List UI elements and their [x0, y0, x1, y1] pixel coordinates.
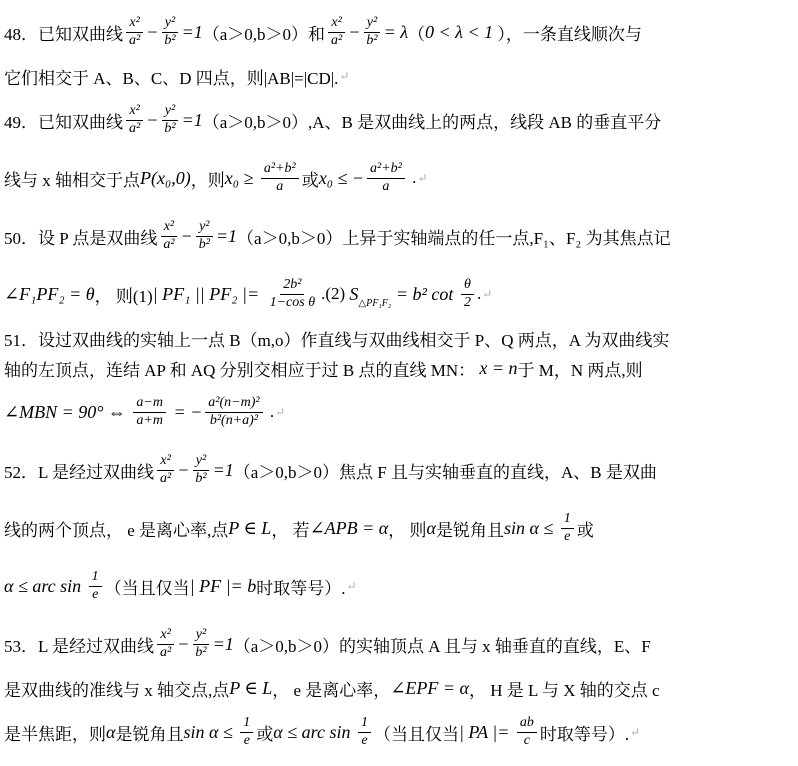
fraction-denominator: a	[379, 179, 392, 196]
text-run: 轴的左顶点，连结 AP 和 AQ 分别交相应于过 B 点的直线 MN：	[4, 356, 479, 381]
fraction-numerator: 1	[89, 569, 102, 587]
problem-48-line-1: 48．已知双曲线x²a²−y²b²=1（a＞0,b＞0）和x²a²−y²b²= …	[4, 3, 796, 61]
fraction: x²a²	[126, 15, 143, 50]
problem-49-line-2: 线与 x 轴相交于点P(x₀,0)，则x₀ ≥ a²+b²a或x₀ ≤ −a²+…	[4, 149, 796, 207]
fraction-denominator: a²	[328, 33, 345, 50]
math-run: x = n	[479, 358, 517, 379]
text-run: （当且仅当	[105, 574, 190, 599]
math-run: P ∈ L	[229, 678, 272, 699]
fraction: y²b²	[161, 103, 178, 138]
document-page: 48．已知双曲线x²a²−y²b²=1（a＞0,b＞0）和x²a²−y²b²= …	[0, 0, 798, 761]
text-run: 或	[256, 720, 273, 745]
paragraph-mark: ↵	[346, 579, 356, 594]
fraction: 1e	[240, 715, 253, 750]
fraction-denominator: b²	[192, 471, 209, 488]
math-run: α ≤ arc sin	[4, 576, 86, 597]
math-run: S	[349, 284, 358, 305]
paragraph-mark: ↵	[482, 287, 492, 302]
text-run: 线的两个顶点， e 是离心率,点	[4, 516, 228, 541]
problem-51-line-3: ∠MBN = 90° ⇔ a−ma+m = −a²(n−m)²b²(n+a)² …	[4, 383, 796, 441]
fraction: a²+b²a	[261, 161, 299, 196]
fraction-denominator: a²	[160, 237, 177, 254]
text-run: （a＞0,b＞0）上异于实轴端点的任一点,F₁、F₂ 为其焦点记	[237, 224, 671, 249]
math-run: α	[426, 518, 435, 539]
math-run: =1	[182, 22, 203, 43]
fraction: x²a²	[157, 627, 174, 662]
fraction-denominator: b²	[161, 33, 178, 50]
text-run: 时取等号）.	[256, 574, 345, 599]
math-run: −	[177, 634, 189, 655]
fraction-numerator: ab	[517, 715, 537, 733]
paragraph-mark: ↵	[630, 725, 640, 740]
problem-51-line-2: 轴的左顶点，连结 AP 和 AQ 分别交相应于过 B 点的直线 MN： x = …	[4, 353, 796, 383]
text-run: 49．已知双曲线	[4, 108, 123, 133]
text-run: （a＞0,b＞0）和	[203, 20, 325, 45]
fraction-denominator: e	[561, 529, 573, 546]
subscript-run: △PF₁F₂	[358, 298, 391, 309]
fraction-numerator: y²	[193, 627, 209, 645]
text-run: 时取等号）.	[540, 720, 629, 745]
math-run: ∠EPF = α	[390, 678, 469, 699]
fraction-denominator: e	[358, 733, 370, 750]
fraction-denominator: b²	[192, 645, 209, 662]
math-run: −	[177, 460, 189, 481]
text-run: 或	[302, 166, 319, 191]
fraction: a²+b²a	[367, 161, 405, 196]
fraction-numerator: a−m	[133, 395, 166, 413]
fraction-denominator: 1−cos θ	[267, 295, 319, 312]
fraction-denominator: a²	[126, 121, 143, 138]
text-run: ， e 是离心率，	[272, 676, 390, 701]
problem-50-line-2: ∠F₁PF₂ = θ， 则(1)| PF₁ || PF₂ |= 2b²1−cos…	[4, 265, 796, 323]
fraction-denominator: c	[521, 733, 533, 750]
fraction: 1e	[561, 511, 574, 546]
fraction-numerator: x²	[328, 15, 344, 33]
fraction-numerator: 1	[240, 715, 253, 733]
fraction: y²b²	[161, 15, 178, 50]
text-run: ，则	[191, 166, 225, 191]
fraction-numerator: y²	[193, 453, 209, 471]
fraction: a−ma+m	[133, 395, 166, 430]
fraction-denominator: a²	[157, 645, 174, 662]
fraction-numerator: 1	[358, 715, 371, 733]
math-run: =1	[216, 226, 237, 247]
fraction-numerator: x²	[126, 15, 142, 33]
fraction-numerator: 2b²	[280, 277, 304, 295]
text-run: （a＞0,b＞0）的实轴顶点 A 且与 x 轴垂直的直线，E、F	[234, 632, 651, 657]
fraction: θ2	[461, 277, 474, 312]
paragraph-mark: ↵	[339, 69, 349, 84]
fraction: x²a²	[126, 103, 143, 138]
text-run: ， 若	[271, 516, 309, 541]
paragraph-mark: ↵	[275, 405, 285, 420]
text-run: （a＞0,b＞0）,A、B 是双曲线上的两点，线段 AB 的垂直平分	[203, 108, 662, 133]
text-run: 线与 x 轴相交于点	[4, 166, 140, 191]
problem-52-line-1: 52．L 是经过双曲线x²a²−y²b²=1（a＞0,b＞0）焦点 F 且与实轴…	[4, 441, 796, 499]
fraction: x²a²	[160, 219, 177, 254]
fraction: x²a²	[328, 15, 345, 50]
math-run: | PF₁ || PF₂ |=	[153, 284, 264, 305]
math-run: | PA |=	[459, 722, 514, 743]
fraction-denominator: b²	[161, 121, 178, 138]
fraction-numerator: θ	[461, 277, 474, 295]
math-run: =1	[213, 634, 234, 655]
math-run: ∠F₁PF₂ = θ	[4, 284, 95, 305]
fraction-numerator: x²	[161, 219, 177, 237]
fraction-denominator: b²(n+a)²	[207, 413, 261, 430]
fraction-numerator: x²	[157, 453, 173, 471]
text-run: 51．设过双曲线的实轴上一点 B（m,o）作直线与双曲线相交于 P、Q 两点，A…	[4, 326, 669, 351]
math-run: x₀ ≤ −	[319, 168, 364, 189]
text-run: （	[408, 20, 425, 45]
fraction-numerator: y²	[364, 15, 380, 33]
math-run: | PF |= b	[190, 576, 257, 597]
fraction-denominator: b²	[196, 237, 213, 254]
fraction-numerator: x²	[157, 627, 173, 645]
fraction-denominator: b²	[363, 33, 380, 50]
problem-49-line-1: 49．已知双曲线x²a²−y²b²=1（a＞0,b＞0）,A、B 是双曲线上的两…	[4, 91, 796, 149]
math-run: x₀ ≥	[225, 168, 258, 189]
math-run: ∠MBN = 90° ⇔	[4, 402, 130, 423]
math-run: α	[106, 722, 115, 743]
fraction: 1e	[358, 715, 371, 750]
text-run: .(2)	[321, 284, 349, 304]
math-run: = −	[169, 402, 202, 423]
text-run: ， 则	[388, 516, 426, 541]
text-run: （a＞0,b＞0）焦点 F 且与实轴垂直的直线，A、B 是双曲	[234, 458, 657, 483]
problem-53-line-1: 53．L 是经过双曲线x²a²−y²b²=1（a＞0,b＞0）的实轴顶点 A 且…	[4, 615, 796, 673]
fraction-denominator: 2	[461, 295, 474, 312]
problem-52-line-2: 线的两个顶点， e 是离心率,点P ∈ L， 若∠APB = α， 则α是锐角且…	[4, 499, 796, 557]
fraction-denominator: a	[273, 179, 286, 196]
math-run: sin α ≤	[504, 518, 558, 539]
text-run: 53．L 是经过双曲线	[4, 632, 154, 657]
paragraph-mark: ↵	[417, 171, 427, 186]
math-run: P ∈ L	[228, 518, 271, 539]
problem-53-line-3: 是半焦距，则α是锐角且sin α ≤ 1e或α ≤ arc sin 1e（当且仅…	[4, 703, 796, 761]
fraction: x²a²	[157, 453, 174, 488]
fraction-denominator: a+m	[133, 413, 166, 430]
math-run: ∠APB = α	[310, 518, 389, 539]
problem-48-line-2: 它们相交于 A、B、C、D 四点，则|AB|=|CD|.↵	[4, 61, 796, 91]
fraction: y²b²	[363, 15, 380, 50]
text-run: 是锐角且	[115, 720, 183, 745]
fraction-numerator: y²	[162, 15, 178, 33]
text-run: 是锐角且	[436, 516, 504, 541]
fraction: abc	[517, 715, 537, 750]
math-run: P(x₀,0)	[140, 168, 191, 189]
text-run: 50．设 P 点是双曲线	[4, 224, 157, 249]
problem-52-line-3: α ≤ arc sin 1e（当且仅当| PF |= b时取等号）.↵	[4, 557, 796, 615]
fraction-denominator: a²	[157, 471, 174, 488]
fraction-numerator: x²	[126, 103, 142, 121]
text-run: 或	[577, 516, 594, 541]
text-run: .	[408, 168, 417, 188]
fraction-numerator: 1	[561, 511, 574, 529]
fraction-numerator: y²	[162, 103, 178, 121]
math-run: = λ	[384, 22, 408, 43]
math-run: =1	[213, 460, 234, 481]
fraction: y²b²	[192, 453, 209, 488]
text-run: 它们相交于 A、B、C、D 四点，则|AB|=|CD|.	[4, 64, 338, 89]
text-run: 是双曲线的准线与 x 轴交点,点	[4, 676, 229, 701]
text-run: （当且仅当	[374, 720, 459, 745]
math-run: −	[181, 226, 193, 247]
text-run: .	[266, 402, 275, 422]
fraction: 1e	[89, 569, 102, 604]
text-run: ， H 是 L 与 X 轴的交点 c	[469, 676, 660, 701]
text-run: 52．L 是经过双曲线	[4, 458, 154, 483]
text-run: 是半焦距，则	[4, 720, 106, 745]
fraction-denominator: e	[241, 733, 253, 750]
text-run: 48．已知双曲线	[4, 20, 123, 45]
fraction: y²b²	[192, 627, 209, 662]
fraction-numerator: a²+b²	[367, 161, 405, 179]
math-run: =1	[182, 110, 203, 131]
fraction: a²(n−m)²b²(n+a)²	[205, 395, 262, 430]
fraction: y²b²	[196, 219, 213, 254]
problem-51-line-1: 51．设过双曲线的实轴上一点 B（m,o）作直线与双曲线相交于 P、Q 两点，A…	[4, 323, 796, 353]
text-run: 于 M，N 两点,则	[518, 356, 643, 381]
math-run: −	[348, 22, 360, 43]
fraction-numerator: y²	[196, 219, 212, 237]
math-run: −	[146, 22, 158, 43]
fraction: 2b²1−cos θ	[267, 277, 319, 312]
fraction-numerator: a²+b²	[261, 161, 299, 179]
text-run: ， 则(1)	[95, 282, 153, 307]
math-run: 0 < λ < 1	[425, 22, 493, 43]
fraction-numerator: a²(n−m)²	[205, 395, 262, 413]
fraction-denominator: e	[89, 587, 101, 604]
text-run: .	[477, 284, 481, 304]
math-run: α ≤ arc sin	[273, 722, 355, 743]
text-run: ），一条直线顺次与	[493, 20, 642, 45]
problem-50-line-1: 50．设 P 点是双曲线x²a²−y²b²=1（a＞0,b＞0）上异于实轴端点的…	[4, 207, 796, 265]
fraction-denominator: a²	[126, 33, 143, 50]
math-run: sin α ≤	[183, 722, 237, 743]
problem-53-line-2: 是双曲线的准线与 x 轴交点,点P ∈ L， e 是离心率，∠EPF = α， …	[4, 673, 796, 703]
math-run: −	[146, 110, 158, 131]
math-run: = b² cot	[391, 284, 458, 305]
